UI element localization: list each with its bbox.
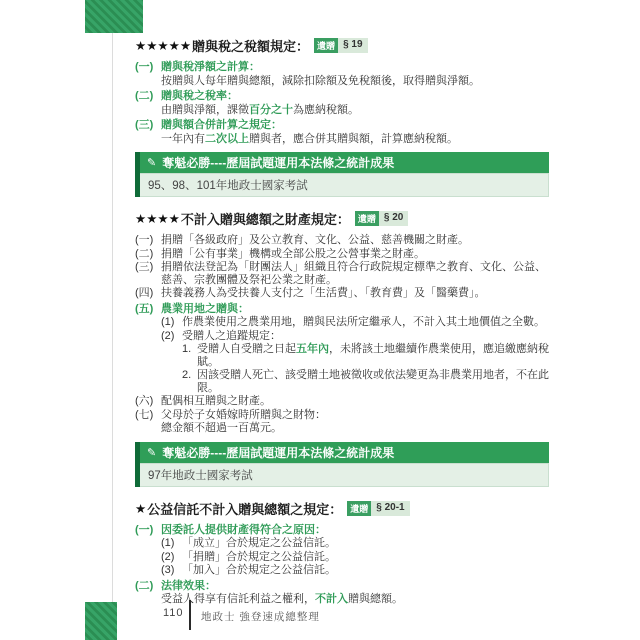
text-segment: 一年內有 <box>161 133 205 145</box>
list-item: 一年內有二次以上贈與者，應合併其贈與額，計算應納稅額。 <box>135 133 549 146</box>
footer-divider <box>189 600 191 630</box>
item-label: (二) <box>135 90 161 103</box>
pen-icon: ✎ <box>147 156 156 169</box>
list-item: 總金額不超過一百萬元。 <box>135 422 549 435</box>
item-label: (1) <box>161 316 182 329</box>
article-number: § 20-1 <box>371 501 409 516</box>
section-title: ★公益信託不計入贈與總額之規定：遺贈§ 20-1 <box>135 499 549 518</box>
item-label: (七) <box>135 409 161 422</box>
text-segment: 「捐贈」合於規定之公益信託。 <box>182 551 336 563</box>
list-item: (六)配偶相互贈與之財產。 <box>135 395 549 408</box>
exam-stats-banner: ✎奪魁必勝----歷屆試題運用本法條之統計成果97年地政士國家考試 <box>135 442 549 487</box>
text-segment: 由贈與淨額，課徵 <box>161 104 249 116</box>
item-text: 一年內有二次以上贈與者，應合併其贈與額，計算應納稅額。 <box>161 133 549 146</box>
list-item: (二)贈與稅之稅率： <box>135 90 549 103</box>
item-text: 農業用地之贈與： <box>161 303 549 316</box>
item-text: 父母於子女婚嫁時所贈與之財物： <box>161 409 549 422</box>
text-segment: 配偶相互贈與之財產。 <box>161 395 271 407</box>
page-number: 110 <box>163 607 184 619</box>
highlighted-term: 農業用地之贈與： <box>161 303 249 315</box>
list-item: 受益人得享有信託利益之權利，不計入贈與總額。 <box>135 593 549 606</box>
highlighted-term: 贈與稅淨額之計算： <box>161 61 260 73</box>
law-reference-badge: 遺贈§ 19 <box>314 38 367 53</box>
item-label: (二) <box>135 248 161 261</box>
law-abbreviation-chip: 遺贈 <box>355 211 379 226</box>
text-segment: 父母於子女婚嫁時所贈與之財物： <box>161 409 326 421</box>
item-text: 受贈人自受贈之日起五年內，未將該土地繼續作農業使用，應追繳應納稅賦。 <box>197 343 549 368</box>
item-label: (1) <box>161 537 182 550</box>
item-text: 因委託人提供財產得符合之原因： <box>161 524 549 537</box>
highlighted-term: 贈與額合併計算之規定： <box>161 119 282 131</box>
article-number: § 19 <box>338 38 367 53</box>
highlighted-term: 二次以上 <box>205 133 249 145</box>
law-reference-badge: 遺贈§ 20 <box>355 211 408 226</box>
highlighted-term: 贈與稅之稅率： <box>161 90 238 102</box>
item-text: 捐贈「各級政府」及公立教育、文化、公益、慈善機關之財產。 <box>161 234 549 247</box>
text-segment: 為應納稅額。 <box>293 104 359 116</box>
text-segment: 扶養義務人為受扶養人支付之「生活費」、「教育費」及「醫藥費」。 <box>161 287 486 299</box>
highlighted-term: 不計入 <box>315 593 348 605</box>
item-label: (三) <box>135 119 161 132</box>
item-text: 「捐贈」合於規定之公益信託。 <box>182 551 549 564</box>
list-item: (1)作農業使用之農業用地，贈與民法所定繼承人，不計入其土地價值之全數。 <box>135 316 549 329</box>
item-label: (四) <box>135 287 161 300</box>
section-title-text: 不計入贈與總額之財產規定： <box>181 209 350 228</box>
exam-stats-banner: ✎奪魁必勝----歷屆試題運用本法條之統計成果95、98、101年地政士國家考試 <box>135 152 549 197</box>
item-text: 由贈與淨額，課徵百分之十為應納稅額。 <box>161 104 549 117</box>
item-text: 捐贈「公有事業」機構或全部公股之公營事業之財產。 <box>161 248 549 261</box>
item-text: 「加入」合於規定之公益信託。 <box>182 564 549 577</box>
item-label: (三) <box>135 261 161 286</box>
text-segment: 贈與者，應合併其贈與額，計算應納稅額。 <box>249 133 458 145</box>
item-label: (一) <box>135 234 161 247</box>
item-text: 「成立」合於規定之公益信託。 <box>182 537 549 550</box>
list-item: (2)受贈人之追蹤規定： <box>135 330 549 343</box>
text-segment: 捐贈依法登記為「財團法人」組織且符合行政院規定標準之教育、文化、公益、慈善、宗教… <box>161 261 546 286</box>
page-content: ★★★★★贈與稅之稅額規定：遺贈§ 19(一)贈與稅淨額之計算：按贈與人每年贈與… <box>135 36 549 607</box>
exam-stats-banner-header: ✎奪魁必勝----歷屆試題運用本法條之統計成果 <box>140 442 549 463</box>
law-abbreviation-chip: 遺贈 <box>314 38 338 53</box>
list-item: (三)贈與額合併計算之規定： <box>135 119 549 132</box>
exam-stats-banner-header: ✎奪魁必勝----歷屆試題運用本法條之統計成果 <box>140 152 549 173</box>
text-segment: 因該受贈人死亡、該受贈土地被徵收或依法變更為非農業用地者，不在此限。 <box>197 369 549 394</box>
exam-stats-banner-title: 奪魁必勝----歷屆試題運用本法條之統計成果 <box>162 444 394 461</box>
item-label: (一) <box>135 61 161 74</box>
text-segment: 總金額不超過一百萬元。 <box>161 422 282 434</box>
corner-stripe-decoration-bottom <box>85 602 117 640</box>
list-item: (1)「成立」合於規定之公益信託。 <box>135 537 549 550</box>
text-segment: 受贈人之追蹤規定： <box>182 330 281 342</box>
list-item: 2.因該受贈人死亡、該受贈土地被徵收或依法變更為非農業用地者，不在此限。 <box>135 369 549 394</box>
page-margin-line <box>112 33 113 602</box>
section-title-text: 贈與稅之稅額規定： <box>192 36 309 55</box>
pen-icon: ✎ <box>147 446 156 459</box>
item-label: (2) <box>161 551 182 564</box>
item-text: 捐贈依法登記為「財團法人」組織且符合行政院規定標準之教育、文化、公益、慈善、宗教… <box>161 261 549 286</box>
section-title-text: 公益信託不計入贈與總額之規定： <box>147 499 342 518</box>
item-text: 受益人得享有信託利益之權利，不計入贈與總額。 <box>161 593 549 606</box>
item-text: 配偶相互贈與之財產。 <box>161 395 549 408</box>
highlighted-term: 五年內 <box>296 343 329 355</box>
item-text: 作農業使用之農業用地，贈與民法所定繼承人，不計入其土地價值之全數。 <box>182 316 549 329</box>
text-segment: 作農業使用之農業用地，贈與民法所定繼承人，不計入其土地價值之全數。 <box>182 316 545 328</box>
item-text: 贈與額合併計算之規定： <box>161 119 549 132</box>
item-label: (二) <box>135 580 161 593</box>
list-item: (一)捐贈「各級政府」及公立教育、文化、公益、慈善機關之財產。 <box>135 234 549 247</box>
exam-stats-banner-title: 奪魁必勝----歷屆試題運用本法條之統計成果 <box>162 154 394 171</box>
list-item: (二)法律效果： <box>135 580 549 593</box>
highlighted-term: 百分之十 <box>249 104 293 116</box>
text-segment: 「成立」合於規定之公益信託。 <box>182 537 336 549</box>
item-text: 按贈與人每年贈與總額，減除扣除額及免稅額後，取得贈與淨額。 <box>161 75 549 88</box>
list-item: (五)農業用地之贈與： <box>135 303 549 316</box>
item-label: (六) <box>135 395 161 408</box>
item-label: 1. <box>182 343 197 368</box>
text-segment: 按贈與人每年贈與總額，減除扣除額及免稅額後，取得贈與淨額。 <box>161 75 480 87</box>
highlighted-term: 法律效果： <box>161 580 216 592</box>
highlighted-term: 因委託人提供財產得符合之原因： <box>161 524 326 536</box>
corner-stripe-decoration-top <box>85 0 143 33</box>
list-item: 由贈與淨額，課徵百分之十為應納稅額。 <box>135 104 549 117</box>
item-text: 因該受贈人死亡、該受贈土地被徵收或依法變更為非農業用地者，不在此限。 <box>197 369 549 394</box>
list-item: (三)捐贈依法登記為「財團法人」組織且符合行政院規定標準之教育、文化、公益、慈善… <box>135 261 549 286</box>
list-item: (四)扶養義務人為受扶養人支付之「生活費」、「教育費」及「醫藥費」。 <box>135 287 549 300</box>
list-item: 按贈與人每年贈與總額，減除扣除額及免稅額後，取得贈與淨額。 <box>135 75 549 88</box>
star-rating-icon: ★ <box>135 501 146 516</box>
law-reference-badge: 遺贈§ 20-1 <box>347 501 409 516</box>
item-text: 總金額不超過一百萬元。 <box>161 422 549 435</box>
star-rating-icon: ★★★★★ <box>135 38 191 53</box>
text-segment: 捐贈「各級政府」及公立教育、文化、公益、慈善機關之財產。 <box>161 234 469 246</box>
list-item: 1.受贈人自受贈之日起五年內，未將該土地繼續作農業使用，應追繳應納稅賦。 <box>135 343 549 368</box>
star-rating-icon: ★★★★ <box>135 211 180 226</box>
item-text: 扶養義務人為受扶養人支付之「生活費」、「教育費」及「醫藥費」。 <box>161 287 549 300</box>
item-text: 法律效果： <box>161 580 549 593</box>
section-title: ★★★★★贈與稅之稅額規定：遺贈§ 19 <box>135 36 549 55</box>
item-label: 2. <box>182 369 197 394</box>
item-text: 贈與稅之稅率： <box>161 90 549 103</box>
list-item: (二)捐贈「公有事業」機構或全部公股之公營事業之財產。 <box>135 248 549 261</box>
exam-years-text: 95、98、101年地政士國家考試 <box>140 173 549 197</box>
book-title: 地政士 強登速成總整理 <box>201 609 320 624</box>
article-number: § 20 <box>379 211 408 226</box>
item-label: (一) <box>135 524 161 537</box>
text-segment: 受贈人自受贈之日起 <box>197 343 296 355</box>
list-item: (2)「捐贈」合於規定之公益信託。 <box>135 551 549 564</box>
item-text: 受贈人之追蹤規定： <box>182 330 549 343</box>
list-item: (七)父母於子女婚嫁時所贈與之財物： <box>135 409 549 422</box>
law-abbreviation-chip: 遺贈 <box>347 501 371 516</box>
item-label: (五) <box>135 303 161 316</box>
item-label: (2) <box>161 330 182 343</box>
list-item: (一)因委託人提供財產得符合之原因： <box>135 524 549 537</box>
item-label: (3) <box>161 564 182 577</box>
exam-years-text: 97年地政士國家考試 <box>140 463 549 487</box>
list-item: (一)贈與稅淨額之計算： <box>135 61 549 74</box>
item-text: 贈與稅淨額之計算： <box>161 61 549 74</box>
text-segment: 「加入」合於規定之公益信託。 <box>182 564 336 576</box>
section-title: ★★★★不計入贈與總額之財產規定：遺贈§ 20 <box>135 209 549 228</box>
text-segment: 捐贈「公有事業」機構或全部公股之公營事業之財產。 <box>161 248 425 260</box>
text-segment: 受益人得享有信託利益之權利， <box>161 593 315 605</box>
list-item: (3)「加入」合於規定之公益信託。 <box>135 564 549 577</box>
text-segment: 贈與總額。 <box>348 593 403 605</box>
